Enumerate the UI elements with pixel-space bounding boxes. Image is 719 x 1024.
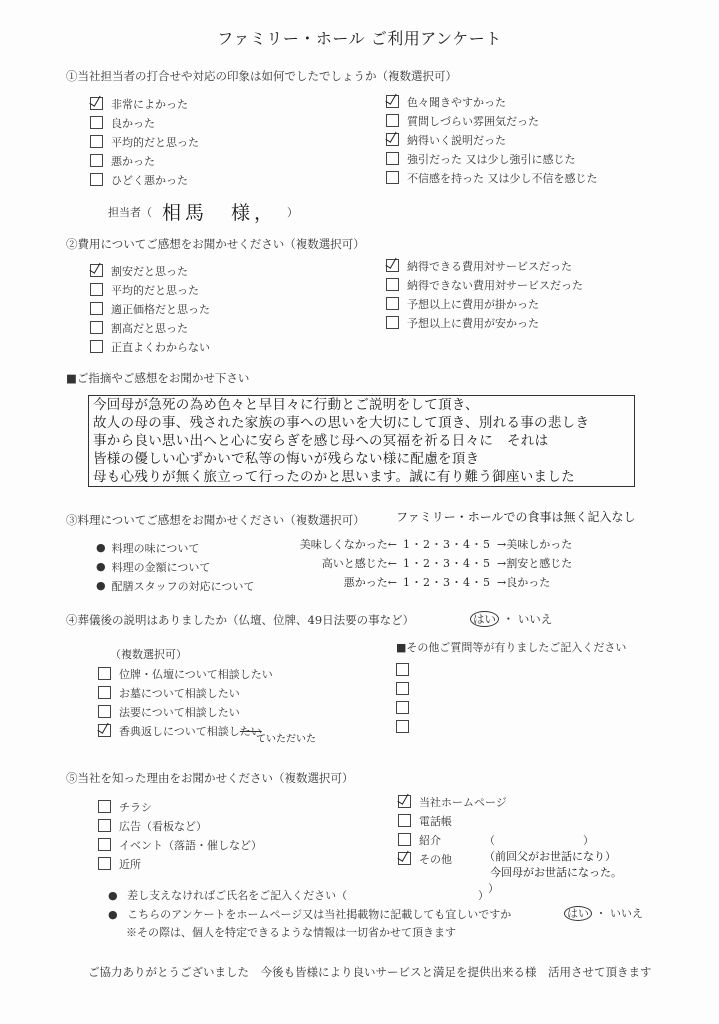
option-item[interactable]: 強引だった 又は少し強引に感じた xyxy=(386,149,598,168)
option-item[interactable]: チラシ xyxy=(98,797,262,816)
q4-options: 位牌・仏壇について相談したい お墓について相談したい 法要について相談したい 香… xyxy=(98,664,273,740)
q5-question: ⑤当社を知った理由をお聞かせください（複数選択可） xyxy=(66,770,354,786)
checkbox[interactable] xyxy=(98,838,111,851)
checkbox[interactable] xyxy=(90,154,103,167)
comment-line: 事から良い思い出へと心に安らぎを感じ母への冥福を祈る日々に それは xyxy=(89,432,634,450)
other-note-2[interactable]: 今回母がお世話になった。 xyxy=(490,864,622,880)
q4-yes-option[interactable]: はい xyxy=(470,611,499,627)
option-item[interactable]: 適正価格だと思った xyxy=(90,299,210,318)
other-close: ） xyxy=(488,880,499,896)
q3-question: ③料理についてご感想をお聞かせください（複数選択可） xyxy=(66,512,365,528)
q4-option[interactable]: 位牌・仏壇について相談したい xyxy=(98,664,273,683)
comments-heading: ■ご指摘やご感想をお聞かせ下さい xyxy=(66,370,249,386)
publish-question: こちらのアンケートをホームページ又は当社掲載物に記載しても宜しいですか xyxy=(108,906,511,922)
option-item[interactable]: 色々聞きやすかった xyxy=(386,92,598,111)
name-close: ） xyxy=(478,887,489,903)
option-label: 適正価格だと思った xyxy=(111,301,210,317)
comment-line: 皆様の優しい心ずかいで私等の悔いが残らない様に配慮を頂き xyxy=(89,450,634,468)
option-label: ひどく悪かった xyxy=(111,172,188,188)
option-item[interactable]: 予想以上に費用が掛かった xyxy=(386,294,583,313)
checkbox[interactable] xyxy=(386,114,399,127)
checkbox[interactable] xyxy=(98,667,111,680)
option-label: 色々聞きやすかった xyxy=(407,94,506,110)
publish-yes-option[interactable]: はい xyxy=(564,906,592,921)
checkbox[interactable] xyxy=(396,682,409,695)
option-item[interactable]: 納得いく説明だった xyxy=(386,130,598,149)
checkbox[interactable] xyxy=(98,857,111,870)
checkbox[interactable] xyxy=(90,283,103,296)
checkbox[interactable] xyxy=(396,663,409,676)
option-label: 電話帳 xyxy=(419,813,452,829)
rating-scale-taste[interactable]: 美味しくなかった← 1・2・3・4・5 →美味しかった xyxy=(262,536,572,555)
option-item[interactable]: 平均的だと思った xyxy=(90,132,199,151)
checkbox[interactable] xyxy=(386,259,399,272)
checkbox[interactable] xyxy=(90,340,103,353)
checkbox[interactable] xyxy=(398,814,411,827)
checkbox[interactable] xyxy=(396,720,409,733)
q1-left-options: 非常によかった良かった平均的だと思った悪かったひどく悪かった xyxy=(90,94,199,189)
option-label: 近所 xyxy=(119,856,141,872)
option-item[interactable]: 割安だと思った xyxy=(90,261,210,280)
option-label: 悪かった xyxy=(111,153,155,169)
checkbox[interactable] xyxy=(90,173,103,186)
option-item[interactable]: 納得できる費用対サービスだった xyxy=(386,256,583,275)
q1-right-options: 色々聞きやすかった質問しづらい雰囲気だった納得いく説明だった強引だった 又は少し… xyxy=(386,92,598,187)
checkbox[interactable] xyxy=(398,852,411,865)
checkbox[interactable] xyxy=(90,116,103,129)
option-item[interactable]: 平均的だと思った xyxy=(90,280,210,299)
option-item[interactable]: 悪かった xyxy=(90,151,199,170)
option-label: その他 xyxy=(419,851,452,867)
privacy-note: ※その際は、個人を特定できるような情報は一切省かせて頂きます xyxy=(126,924,456,940)
option-item[interactable]: 予想以上に費用が安かった xyxy=(386,313,583,332)
q4-no-option[interactable]: いいえ xyxy=(518,612,553,626)
checkbox[interactable] xyxy=(98,819,111,832)
option-label: 非常によかった xyxy=(111,96,188,112)
option-item[interactable]: 良かった xyxy=(90,113,199,132)
option-item[interactable]: イベント（落語・催しなど） xyxy=(98,835,262,854)
option-item[interactable]: 質問しづらい雰囲気だった xyxy=(386,111,598,130)
rating-scale-staff[interactable]: 悪かった← 1・2・3・4・5 →良かった xyxy=(262,574,572,593)
publish-yes-no: はい ・ いいえ xyxy=(564,905,643,921)
option-label: 質問しづらい雰囲気だった xyxy=(407,113,539,129)
other-note-1[interactable]: （前回父がお世話になり） xyxy=(484,848,616,864)
staff-name[interactable]: 相馬 様， xyxy=(162,198,277,225)
checkbox[interactable] xyxy=(98,705,111,718)
checkbox[interactable] xyxy=(90,321,103,334)
option-item[interactable]: 非常によかった xyxy=(90,94,199,113)
q2-left-options: 割安だと思った平均的だと思った適正価格だと思った割高だと思った正直よくわからない xyxy=(90,261,210,356)
page-title: ファミリー・ホール ご利用アンケート xyxy=(0,26,719,49)
option-label: 平均的だと思った xyxy=(111,134,199,150)
option-item[interactable]: 正直よくわからない xyxy=(90,337,210,356)
option-label: イベント（落語・催しなど） xyxy=(119,837,262,853)
option-item[interactable]: 近所 xyxy=(98,854,262,873)
name-request: 差し支えなければご氏名をご記入ください（ xyxy=(108,887,347,903)
q1-question: ①当社担当者の打合せや対応の印象は如何でしたでしょうか（複数選択可） xyxy=(66,68,457,84)
option-label: 予想以上に費用が安かった xyxy=(407,315,539,331)
checkbox[interactable] xyxy=(386,95,399,108)
comment-line: 今回母が急死の為め色々と早目々に行動とご説明をして頂き、 xyxy=(89,396,634,414)
option-item[interactable]: 納得できない費用対サービスだった xyxy=(386,275,583,294)
q4-other-heading: ■その他ご質問等が有りましたご記入ください xyxy=(396,639,626,655)
checkbox[interactable] xyxy=(90,135,103,148)
q3-scales: 美味しくなかった← 1・2・3・4・5 →美味しかった 高いと感じた← 1・2・… xyxy=(262,536,572,593)
option-label: 納得できない費用対サービスだった xyxy=(407,277,583,293)
checkbox[interactable] xyxy=(98,800,111,813)
checkbox[interactable] xyxy=(386,316,399,329)
q5-left-options: チラシ広告（看板など）イベント（落語・催しなど）近所 xyxy=(98,797,262,873)
comment-line: 母も心残りが無く旅立って行ったのかと思います。誠に有り難う御座いました xyxy=(89,468,634,486)
option-item[interactable]: 電話帳 xyxy=(398,811,507,830)
option-label: 納得いく説明だった xyxy=(407,132,506,148)
option-label: 紹介 xyxy=(419,832,441,848)
option-item[interactable]: 割高だと思った xyxy=(90,318,210,337)
comment-line: 故人の母の事、残された家族の事への思いを大切にして頂き、別れる事の悲しき xyxy=(89,414,634,432)
option-item[interactable]: 不信感を持った 又は少し不信を感じた xyxy=(386,168,598,187)
checkbox[interactable] xyxy=(386,152,399,165)
option-label: 予想以上に費用が掛かった xyxy=(407,296,539,312)
thanks-message: ご協力ありがとうございました 今後も皆様により良いサービスと満足を提供出来る様 … xyxy=(88,964,652,980)
q4-question: ④葬儀後の説明はありましたか（仏壇、位牌、49日法要の事など） xyxy=(66,612,414,628)
option-label: 平均的だと思った xyxy=(111,282,199,298)
option-label: 正直よくわからない xyxy=(111,339,210,355)
publish-no-option[interactable]: いいえ xyxy=(610,907,643,920)
checkbox[interactable] xyxy=(98,724,111,737)
q2-right-options: 納得できる費用対サービスだった納得できない費用対サービスだった予想以上に費用が掛… xyxy=(386,256,583,332)
option-label: 納得できる費用対サービスだった xyxy=(407,258,572,274)
option-label: 広告（看板など） xyxy=(119,818,207,834)
checkbox[interactable] xyxy=(396,701,409,714)
option-label: 良かった xyxy=(111,115,155,131)
staff-field: 担当者（ 相馬 様， ） xyxy=(108,198,298,225)
checkbox[interactable] xyxy=(98,686,111,699)
checkbox[interactable] xyxy=(90,97,103,110)
q4-other-boxes xyxy=(396,660,417,736)
checkbox[interactable] xyxy=(398,833,411,846)
option-item[interactable]: ひどく悪かった xyxy=(90,170,199,189)
q4-multi-label: （複数選択可） xyxy=(110,646,187,662)
staff-close: ） xyxy=(287,204,298,220)
q4-option[interactable]: 香典返しについて相談したい xyxy=(98,721,273,740)
option-label: 割安だと思った xyxy=(111,263,188,279)
checkbox[interactable] xyxy=(398,795,411,808)
q4-yes-no: はい ・ いいえ xyxy=(470,611,552,627)
checkbox[interactable] xyxy=(386,171,399,184)
option-item[interactable]: 当社ホームページ xyxy=(398,792,507,811)
staff-label: 担当者（ xyxy=(108,204,152,220)
comments-box[interactable]: 今回母が急死の為め色々と早目々に行動とご説明をして頂き、 故人の母の事、残された… xyxy=(88,395,635,487)
option-label: 割高だと思った xyxy=(111,320,188,336)
option-label: 強引だった 又は少し強引に感じた xyxy=(407,151,576,167)
option-label: チラシ xyxy=(119,799,152,815)
checkbox[interactable] xyxy=(386,133,399,146)
q3-handwritten-note: ファミリー・ホールでの食事は無く記入なし xyxy=(396,508,636,525)
q2-question: ②費用についてご感想をお聞かせください（複数選択可） xyxy=(66,236,365,252)
checkbox[interactable] xyxy=(90,302,103,315)
rating-scale-price[interactable]: 高いと感じた← 1・2・3・4・5 →割安と感じた xyxy=(262,555,572,574)
q4-option[interactable]: 法要について相談したい xyxy=(98,702,273,721)
checkbox[interactable] xyxy=(386,278,399,291)
q4-option[interactable]: お墓について相談したい xyxy=(98,683,273,702)
intro-paren: （ ） xyxy=(484,832,594,848)
option-item[interactable]: 広告（看板など） xyxy=(98,816,262,835)
checkbox[interactable] xyxy=(90,264,103,277)
option-label: 当社ホームページ xyxy=(419,794,507,810)
q4-handwritten-note: ていただいた xyxy=(256,730,316,745)
option-label: 不信感を持った 又は少し不信を感じた xyxy=(407,170,598,186)
checkbox[interactable] xyxy=(386,297,399,310)
